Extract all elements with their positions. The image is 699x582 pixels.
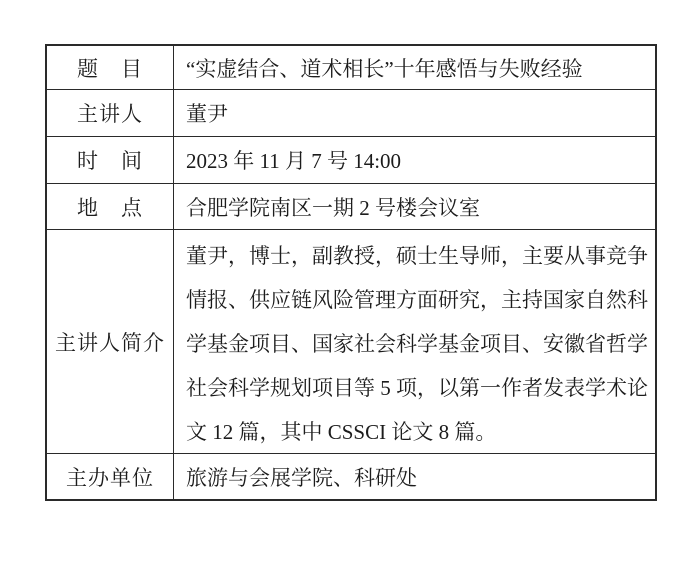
table-row-time: 时 间 2023 年 11 月 7 号 14:00 [47, 137, 655, 184]
time-value: 2023 年 11 月 7 号 14:00 [174, 137, 655, 183]
table-row-location: 地 点 合肥学院南区一期 2 号楼会议室 [47, 184, 655, 230]
speaker-bio-value: 董尹，博士，副教授，硕士生导师，主要从事竞争 情报、供应链风险管理方面研究，主持… [174, 230, 655, 453]
organizer-value: 旅游与会展学院、科研处 [174, 454, 655, 499]
speaker-bio-line: 社会科学规划项目等 5 项，以第一作者发表学术论 [186, 366, 644, 410]
table-row-title: 题 目 “实虚结合、道术相长”十年感悟与失败经验 [47, 46, 655, 90]
table-row-organizer: 主办单位 旅游与会展学院、科研处 [47, 454, 655, 499]
seminar-notice-table: 题 目 “实虚结合、道术相长”十年感悟与失败经验 主讲人 董尹 时 间 2023… [45, 44, 657, 501]
table-row-speaker-bio: 主讲人简介 董尹，博士，副教授，硕士生导师，主要从事竞争 情报、供应链风险管理方… [47, 230, 655, 454]
speaker-label: 主讲人 [47, 90, 174, 136]
speaker-bio-line: 文 12 篇，其中 CSSCI 论文 8 篇。 [186, 410, 644, 454]
time-label: 时 间 [47, 137, 174, 183]
speaker-value: 董尹 [174, 90, 655, 136]
speaker-bio-label: 主讲人简介 [47, 230, 174, 453]
speaker-bio-line: 董尹，博士，副教授，硕士生导师，主要从事竞争 [186, 234, 644, 278]
title-label: 题 目 [47, 46, 174, 89]
location-label: 地 点 [47, 184, 174, 229]
speaker-bio-line: 学基金项目、国家社会科学基金项目、安徽省哲学 [186, 322, 644, 366]
organizer-label: 主办单位 [47, 454, 174, 499]
title-value: “实虚结合、道术相长”十年感悟与失败经验 [174, 46, 655, 89]
speaker-bio-line: 情报、供应链风险管理方面研究，主持国家自然科 [186, 278, 644, 322]
document-page: { "page": { "background_color": "#ffffff… [0, 0, 699, 582]
table-row-speaker: 主讲人 董尹 [47, 90, 655, 137]
location-value: 合肥学院南区一期 2 号楼会议室 [174, 184, 655, 229]
